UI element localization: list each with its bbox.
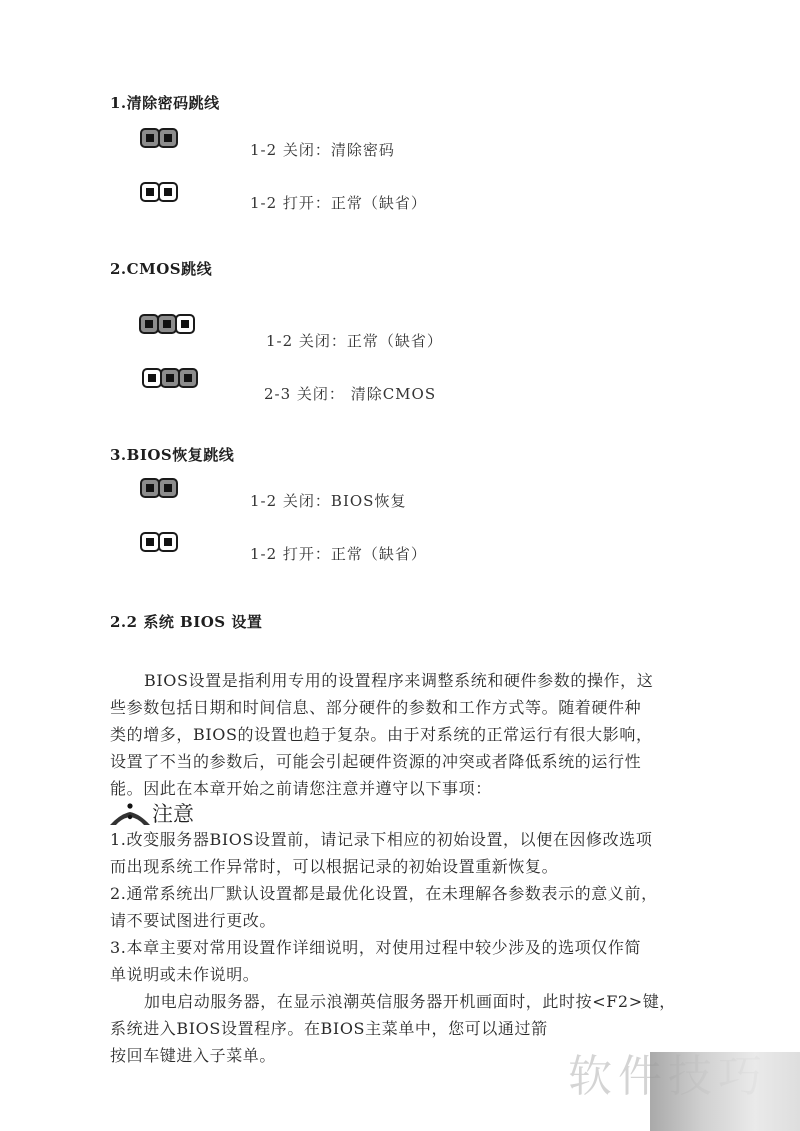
jumper-2pin-open-icon <box>140 532 176 552</box>
jumper-setting-text: 2-3 关闭： 清除CMOS <box>264 383 436 404</box>
notice-line: 1.改变服务器BIOS设置前，请记录下相应的初始设置，以便在因修改选项 <box>110 826 652 854</box>
jumper-pin-icon <box>140 128 160 148</box>
closing-paragraph-line: 按回车键进入子菜单。 <box>110 1042 276 1070</box>
watermark-logo-blur <box>650 1052 800 1131</box>
jumper-setting-text: 1-2 关闭：清除密码 <box>250 139 395 160</box>
heading-clear-password-jumper: 1.清除密码跳线 <box>110 92 220 113</box>
jumper-pin-icon <box>158 478 178 498</box>
intro-paragraph-line: 设置了不当的参数后，可能会引起硬件资源的冲突或者降低系统的运行性 <box>110 748 641 776</box>
jumper-pin-icon <box>158 128 178 148</box>
jumper-pin-icon <box>142 368 162 388</box>
jumper-2pin-closed-icon <box>140 478 176 498</box>
jumper-pin-icon <box>160 368 180 388</box>
jumper-pin-icon <box>157 314 177 334</box>
jumper-pin-icon <box>175 314 195 334</box>
jumper-3pin-12-closed-icon <box>139 314 193 334</box>
heading-system-bios-setup: 2.2 系统 BIOS 设置 <box>110 611 262 632</box>
jumper-pin-icon <box>158 182 178 202</box>
notice-title: 注意 <box>152 798 194 828</box>
closing-paragraph-line: 系统进入BIOS设置程序。在BIOS主菜单中，您可以通过箭 <box>110 1015 548 1043</box>
intro-paragraph-line: 类的增多，BIOS的设置也趋于复杂。由于对系统的正常运行有很大影响， <box>110 721 653 749</box>
caution-icon <box>110 800 150 826</box>
jumper-pin-icon <box>140 478 160 498</box>
closing-paragraph-line: 加电启动服务器，在显示浪潮英信服务器开机画面时，此时按<F2>键， <box>144 988 676 1016</box>
jumper-pin-icon <box>140 182 160 202</box>
intro-paragraph-line: 些参数包括日期和时间信息、部分硬件的参数和工作方式等。随着硬件种 <box>110 694 641 722</box>
jumper-setting-text: 1-2 关闭：BIOS恢复 <box>250 490 406 511</box>
notice-line: 3.本章主要对常用设置作详细说明，对使用过程中较少涉及的选项仅作简 <box>110 934 641 962</box>
jumper-2pin-closed-icon <box>140 128 176 148</box>
jumper-setting-text: 1-2 打开：正常（缺省） <box>250 543 427 564</box>
jumper-pin-icon <box>158 532 178 552</box>
notice-line: 单说明或未作说明。 <box>110 961 259 989</box>
jumper-3pin-23-closed-icon <box>142 368 196 388</box>
heading-bios-recovery-jumper: 3.BIOS恢复跳线 <box>110 444 234 465</box>
notice-line: 而出现系统工作异常时，可以根据记录的初始设置重新恢复。 <box>110 853 558 881</box>
jumper-setting-text: 1-2 关闭：正常（缺省） <box>266 330 443 351</box>
notice-line: 请不要试图进行更改。 <box>110 907 276 935</box>
jumper-pin-icon <box>140 532 160 552</box>
heading-cmos-jumper: 2.CMOS跳线 <box>110 258 212 279</box>
jumper-2pin-open-icon <box>140 182 176 202</box>
jumper-pin-icon <box>139 314 159 334</box>
jumper-setting-text: 1-2 打开：正常（缺省） <box>250 192 427 213</box>
notice-line: 2.通常系统出厂默认设置都是最优化设置，在未理解各参数表示的意义前， <box>110 880 658 908</box>
jumper-pin-icon <box>178 368 198 388</box>
intro-paragraph-line: BIOS设置是指利用专用的设置程序来调整系统和硬件参数的操作，这 <box>144 667 653 695</box>
